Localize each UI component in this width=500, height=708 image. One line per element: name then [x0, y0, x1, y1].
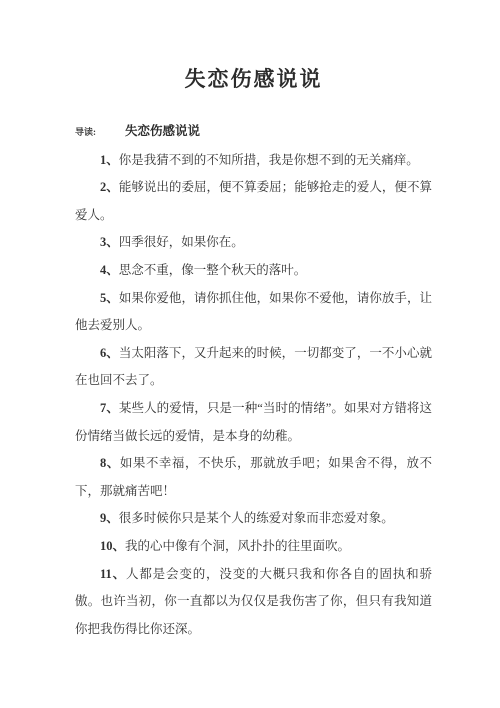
item-number: 6、 — [100, 346, 119, 360]
quote-list: 1、你是我猜不到的不知所措，我是你想不到的无关痛痒。 2、能够说出的委屈，便不算… — [75, 147, 432, 644]
list-item: 5、如果你爱他，请你抓住他，如果你不爱他，请你放手，让他去爱别人。 — [75, 285, 432, 340]
lead-line: 导读:失恋伤感说说 — [75, 118, 432, 147]
lead-label: 导读: — [75, 127, 96, 137]
item-number: 1、 — [100, 153, 119, 167]
list-item: 3、四季很好，如果你在。 — [75, 229, 432, 257]
item-text: 如果你爱他，请你抓住他，如果你不爱他，请你放手，让他去爱别人。 — [75, 291, 432, 333]
item-number: 9、 — [100, 511, 119, 525]
item-text: 如果不幸福，不快乐，那就放手吧；如果舍不得，放不下，那就痛苦吧！ — [75, 456, 432, 498]
list-item: 2、能够说出的委屈，便不算委屈；能够抢走的爱人，便不算爱人。 — [75, 174, 432, 229]
list-item: 9、很多时候你只是某个人的练爱对象而非恋爱对象。 — [75, 505, 432, 533]
item-text: 当太阳落下，又升起来的时候，一切都变了，一不小心就在也回不去了。 — [75, 346, 432, 388]
list-item: 10、我的心中像有个洞，风扑扑的往里面吹。 — [75, 533, 432, 561]
lead-title: 失恋伤感说说 — [125, 124, 200, 138]
item-text: 很多时候你只是某个人的练爱对象而非恋爱对象。 — [119, 511, 394, 525]
page-title: 失恋伤感说说 — [75, 64, 432, 94]
item-number: 4、 — [100, 263, 119, 277]
item-number: 8、 — [100, 456, 120, 470]
list-item: 8、如果不幸福，不快乐，那就放手吧；如果舍不得，放不下，那就痛苦吧！ — [75, 450, 432, 505]
item-number: 7、 — [100, 401, 119, 415]
list-item: 4、思念不重，像一整个秋天的落叶。 — [75, 257, 432, 285]
item-number: 11、 — [100, 567, 126, 581]
list-item: 7、某些人的爱情，只是一种“当时的情绪”。如果对方错将这份情绪当做长远的爱情，是… — [75, 395, 432, 450]
item-number: 2、 — [100, 180, 119, 194]
document-page: 失恋伤感说说 导读:失恋伤感说说 1、你是我猜不到的不知所措，我是你想不到的无关… — [0, 0, 500, 708]
item-text: 某些人的爱情，只是一种“当时的情绪”。如果对方错将这份情绪当做长远的爱情，是本身… — [75, 401, 432, 443]
item-text: 我的心中像有个洞，风扑扑的往里面吹。 — [125, 539, 350, 553]
item-text: 能够说出的委屈，便不算委屈；能够抢走的爱人，便不算爱人。 — [75, 180, 432, 222]
item-number: 3、 — [100, 235, 119, 249]
item-text: 人都是会变的，没变的大概只我和你各自的固执和骄傲。也许当初，你一直都以为仅仅是我… — [75, 567, 432, 636]
list-item: 6、当太阳落下，又升起来的时候，一切都变了，一不小心就在也回不去了。 — [75, 340, 432, 395]
list-item: 11、人都是会变的，没变的大概只我和你各自的固执和骄傲。也许当初，你一直都以为仅… — [75, 561, 432, 644]
item-number: 5、 — [100, 291, 119, 305]
item-text: 思念不重，像一整个秋天的落叶。 — [119, 263, 307, 277]
item-text: 你是我猜不到的不知所措，我是你想不到的无关痛痒。 — [119, 153, 419, 167]
item-number: 10、 — [100, 539, 125, 553]
item-text: 四季很好，如果你在。 — [119, 235, 244, 249]
list-item: 1、你是我猜不到的不知所措，我是你想不到的无关痛痒。 — [75, 147, 432, 175]
